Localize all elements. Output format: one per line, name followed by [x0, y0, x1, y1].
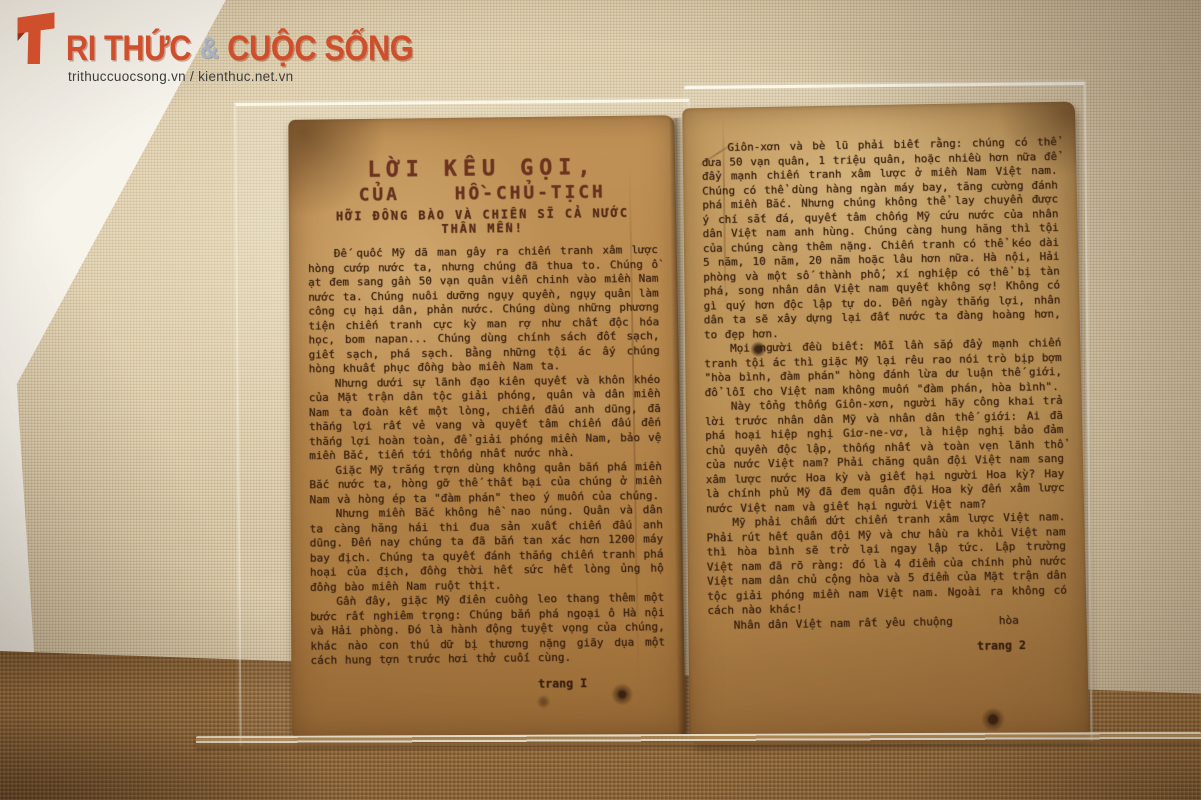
brand-mark-icon: [14, 8, 58, 66]
museum-photo-scene: LỜI KÊU GỌI, CỦA HỒ-CHỦ-TỊCH HỠI ĐỒNG BÀ…: [0, 0, 1201, 800]
paragraph: Nhưng miền Bắc không hề nao núng. Quân v…: [310, 503, 665, 595]
site-url: trithuccuocsong.vn / kienthuc.net.vn: [68, 69, 468, 84]
page-number: trang I: [311, 674, 666, 693]
brand-ampersand: &: [199, 34, 219, 66]
paragraph: Nhưng dưới sự lãnh đạo kiên quyết và khô…: [309, 372, 662, 463]
paragraph: Đế quốc Mỹ dã man gây ra chiến tranh xâm…: [308, 243, 660, 377]
page-text: Đế quốc Mỹ dã man gây ra chiến tranh xâm…: [308, 243, 666, 668]
page-text: Giôn-xơn và bè lũ phải biết rằng: chúng …: [702, 135, 1068, 633]
paragraph: Mọi người đều biết: Mỗi lần sắp đẩy mạnh…: [704, 336, 1062, 400]
brand-mark-stem: [28, 20, 41, 64]
paragraph: Này tổng thống Giôn-xơn, người hãy công …: [705, 394, 1065, 516]
document-title-author: CỦA HỒ-CHỦ-TỊCH: [308, 181, 657, 206]
brand-text-1: RI THỨC: [66, 31, 191, 66]
brand-row: RI THỨC & CUỘC SỐNG: [14, 8, 413, 66]
watermark-logo: RI THỨC & CUỘC SỐNG trithuccuocsong.vn /…: [14, 8, 468, 84]
paragraph: Giôn-xơn và bè lũ phải biết rằng: chúng …: [702, 135, 1062, 342]
paragraph: Mỹ phải chấm dứt chiến tranh xâm lược Vi…: [706, 510, 1067, 619]
page-number: trang 2: [708, 637, 1068, 657]
document-title: LỜI KÊU GỌI,: [307, 155, 656, 184]
page-1-content: LỜI KÊU GỌI, CỦA HỒ-CHỦ-TỊCH HỠI ĐỒNG BÀ…: [288, 115, 686, 739]
paragraph: Gần đây, giặc Mỹ điên cuồng leo thang th…: [310, 591, 665, 669]
document-page-1: LỜI KÊU GỌI, CỦA HỒ-CHỦ-TỊCH HỠI ĐỒNG BÀ…: [288, 115, 686, 739]
page-2-content: Giôn-xơn và bè lũ phải biết rằng: chúng …: [682, 102, 1089, 745]
document-page-2: Giôn-xơn và bè lũ phải biết rằng: chúng …: [682, 102, 1089, 745]
brand-text-2: CUỘC SỐNG: [227, 31, 413, 66]
paragraph: Giặc Mỹ trắng trợn dùng không quân bắn p…: [309, 459, 662, 507]
